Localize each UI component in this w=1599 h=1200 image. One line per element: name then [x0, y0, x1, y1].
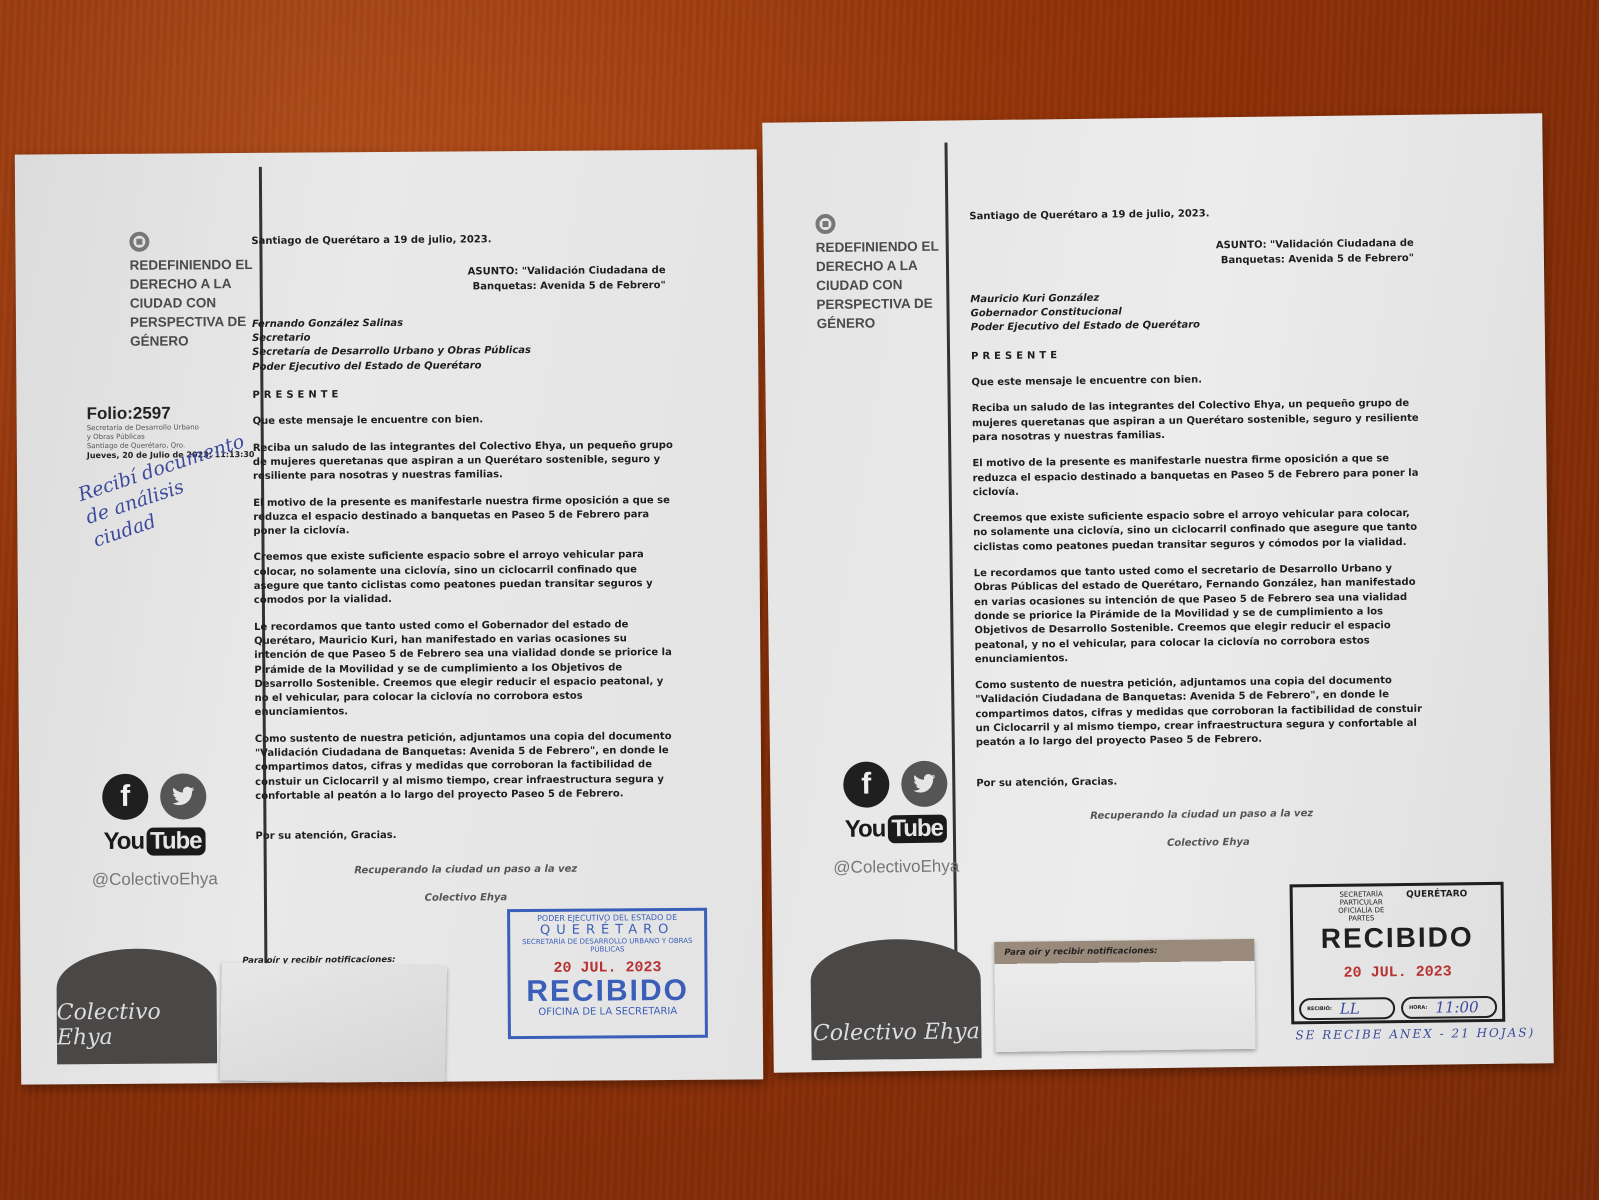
closing: Por su atención, Gracias. [255, 827, 675, 844]
twitter-icon [901, 761, 948, 808]
motto: Recuperando la ciudad un paso a la vez [256, 862, 676, 879]
hora-field: HORA: 11:00 [1401, 996, 1497, 1019]
social-links: f YouTube @ColectivoEhya [820, 760, 971, 878]
paragraph: Creemos que existe suficiente espacio so… [254, 548, 674, 608]
paragraph: Creemos que existe suficiente espacio so… [973, 507, 1423, 555]
social-handle: @ColectivoEhya [80, 869, 230, 890]
letter-body: Santiago de Querétaro a 19 de julio, 202… [969, 205, 1427, 866]
paragraph: Que este mensaje le encuentre con bien. [253, 412, 673, 429]
paragraph: El motivo de la presente es manifestarle… [253, 494, 673, 540]
paragraph: Le recordamos que tanto usted como el Go… [254, 618, 675, 721]
facebook-icon: f [843, 761, 890, 808]
logo-mark-icon [129, 232, 149, 252]
logo-mark-icon [815, 214, 835, 234]
paragraph: El motivo de la presente es manifestarle… [972, 452, 1422, 500]
letter-date: Santiago de Querétaro a 19 de julio, 202… [251, 232, 671, 249]
motto: Recuperando la ciudad un paso a la vez [977, 806, 1427, 826]
social-handle: @ColectivoEhya [821, 856, 971, 878]
received-stamp-secretaria: PODER EJECUTIVO DEL ESTADO DE QUERÉTARO … [507, 908, 708, 1039]
sidebar-tagline: REDEFINIENDO EL DERECHO A LA CIUDAD CON … [129, 231, 255, 351]
colectivo-ehya-logo: Colectivo Ehya [56, 948, 217, 1064]
letter-gobernador: REDEFINIENDO EL DERECHO A LA CIUDAD CON … [762, 113, 1554, 1072]
facebook-icon: f [102, 774, 148, 820]
letter-subject: ASUNTO: "Validación Ciudadana de Banquet… [970, 237, 1420, 271]
closing: Por su atención, Gracias. [976, 771, 1426, 791]
signature: Colectivo Ehya [256, 890, 676, 907]
notifications-label: Para oír y recibir notificaciones: [1004, 946, 1157, 958]
paragraph: Reciba un saludo de las integrantes del … [972, 397, 1422, 445]
paragraph: Que este mensaje le encuentre con bien. [971, 371, 1421, 391]
paragraph: Como sustento de nuestra petición, adjun… [255, 730, 675, 804]
letter-body: Santiago de Querétaro a 19 de julio, 202… [251, 232, 676, 919]
redacted-contact-cover [220, 962, 447, 1084]
signature: Colectivo Ehya [977, 834, 1427, 854]
paragraph: Le recordamos que tanto usted como el se… [974, 562, 1425, 668]
twitter-icon [160, 773, 206, 819]
letter-secretario: REDEFINIENDO EL DERECHO A LA CIUDAD CON … [15, 149, 763, 1084]
recipient-block: Fernando González Salinas Secretario Sec… [252, 315, 672, 375]
handwritten-annex-note: SE RECIBE ANEX - 21 HOJAS) [1295, 1025, 1535, 1042]
paragraph: Como sustento de nuestra petición, adjun… [975, 674, 1426, 751]
youtube-logo: YouTube [845, 815, 947, 844]
recibio-field: RECIBIÓ: LL [1299, 997, 1395, 1020]
social-links: f YouTube @ColectivoEhya [79, 773, 230, 890]
colectivo-ehya-logo: Colectivo Ehya [810, 938, 981, 1060]
received-stamp-oficialia: SECRETARÍA PARTICULAR OFICIALÍA DE PARTE… [1290, 882, 1506, 1025]
letter-date: Santiago de Querétaro a 19 de julio, 202… [969, 205, 1419, 225]
sidebar-tagline: REDEFINIENDO EL DERECHO A LA CIUDAD CON … [815, 213, 941, 334]
stamp-date: 20 JUL. 2023 [1294, 963, 1502, 983]
paragraph: Reciba un saludo de las integrantes del … [253, 439, 673, 485]
recipient-block: Mauricio Kuri González Gobernador Consti… [970, 288, 1420, 336]
letter-subject: ASUNTO: "Validación Ciudadana de Banquet… [252, 264, 672, 296]
youtube-logo: YouTube [103, 827, 205, 856]
